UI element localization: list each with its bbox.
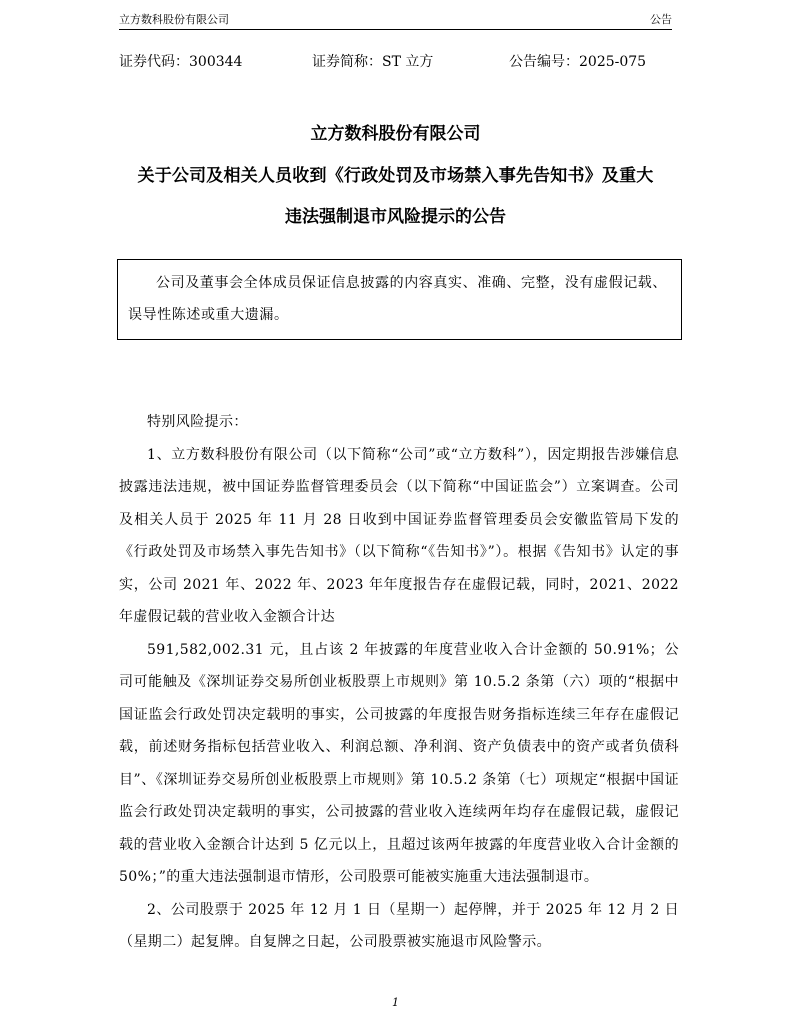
- security-code: 证券代码：300344: [119, 52, 242, 72]
- risk-heading: 特别风险提示：: [119, 406, 679, 439]
- header-company-name: 立方数科股份有限公司: [119, 12, 229, 28]
- title-subject-line1: 关于公司及相关人员收到《行政处罚及市场禁入事先告知书》及重大: [0, 164, 791, 188]
- risk-item-1-continued: 591,582,002.31 元，且占该 2 年披露的年度营业收入合计金额的 5…: [119, 634, 679, 894]
- risk-item-1: 1、立方数科股份有限公司（以下简称“公司”或“立方数科”），因定期报告涉嫌信息披…: [119, 439, 679, 634]
- title-subject-line2: 违法强制退市风险提示的公告: [0, 205, 791, 229]
- security-short-name: 证券简称：ST 立方: [312, 52, 433, 72]
- page-number: 1: [0, 996, 791, 1010]
- title-company: 立方数科股份有限公司: [0, 122, 791, 146]
- header-doc-type: 公告: [650, 12, 672, 28]
- risk-item-2: 2、公司股票于 2025 年 12 月 1 日（星期一）起停牌，并于 2025 …: [119, 894, 679, 959]
- board-statement-box: 公司及董事会全体成员保证信息披露的内容真实、准确、完整，没有虚假记载、误导性陈述…: [117, 259, 682, 340]
- announcement-body: 特别风险提示： 1、立方数科股份有限公司（以下简称“公司”或“立方数科”），因定…: [119, 406, 679, 959]
- running-header: 立方数科股份有限公司 公告: [119, 11, 672, 30]
- announcement-number: 公告编号：2025-075: [509, 52, 646, 72]
